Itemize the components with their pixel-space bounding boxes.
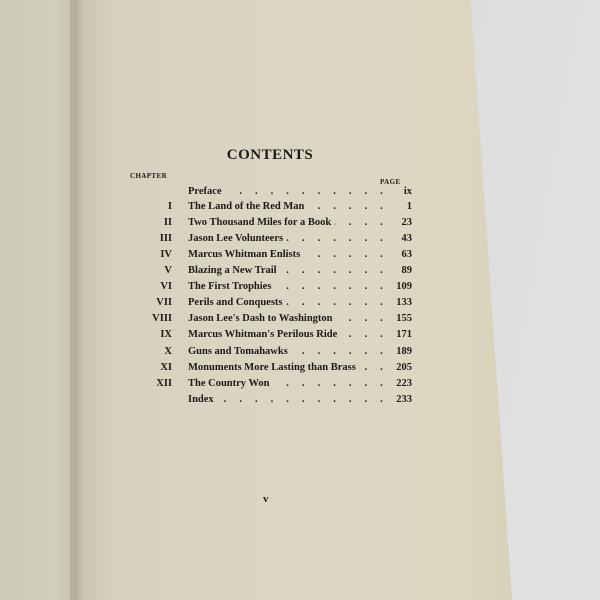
chapter-title: The Land of the Red Man	[188, 201, 308, 212]
page-number: 63	[402, 249, 413, 260]
page-number: 133	[396, 297, 412, 308]
toc-entry: I . . . . . . . . . . . . . . . . . . . …	[120, 201, 412, 215]
chapter-title: Perils and Conquests	[188, 297, 287, 308]
page-number: 89	[402, 265, 413, 276]
page-column-label: PAGE	[380, 178, 401, 186]
chapter-title: Monuments More Lasting than Brass	[188, 362, 360, 373]
chapter-title: Marcus Whitman Enlists	[188, 249, 304, 260]
chapter-numeral: IV	[160, 249, 172, 260]
page-number: 189	[396, 346, 412, 357]
chapter-title: Preface	[188, 186, 226, 197]
chapter-numeral: XI	[160, 362, 172, 373]
chapter-title: Jason Lee's Dash to Washington	[188, 313, 337, 324]
toc-entry: VI . . . . . . . . . . . . . . . . . . .…	[120, 281, 412, 295]
toc-entry: . . . . . . . . . . . . . . . . . . . . …	[120, 186, 412, 200]
page-number: 155	[396, 313, 412, 324]
chapter-title: The First Trophies	[188, 281, 275, 292]
page-number: 223	[396, 378, 412, 389]
toc-entry: VII . . . . . . . . . . . . . . . . . . …	[120, 297, 412, 311]
toc-entry: III . . . . . . . . . . . . . . . . . . …	[120, 233, 412, 247]
toc-entry: XI . . . . . . . . . . . . . . . . . . .…	[120, 362, 412, 376]
chapter-numeral: II	[164, 217, 172, 228]
toc-entry: X . . . . . . . . . . . . . . . . . . . …	[120, 346, 412, 360]
page-number: 171	[396, 329, 412, 340]
chapter-numeral: VIII	[152, 313, 172, 324]
toc-entry: II . . . . . . . . . . . . . . . . . . .…	[120, 217, 412, 231]
chapter-numeral: VI	[160, 281, 172, 292]
page-number: 205	[396, 362, 412, 373]
chapter-title: Blazing a New Trail	[188, 265, 281, 276]
chapter-numeral: X	[164, 346, 172, 357]
page-title: CONTENTS	[220, 147, 320, 164]
chapter-title: Guns and Tomahawks	[188, 346, 292, 357]
page-number: ix	[404, 186, 412, 197]
chapter-numeral: V	[164, 265, 172, 276]
toc-entry: . . . . . . . . . . . . . . . . . . . . …	[120, 394, 412, 408]
chapter-title: Index	[188, 394, 218, 405]
page-number: 109	[396, 281, 412, 292]
chapter-numeral: IX	[160, 329, 172, 340]
leader-dots: . . . . . . . . . . . . . . . . . . . . …	[188, 394, 388, 408]
toc-entry: IV . . . . . . . . . . . . . . . . . . .…	[120, 249, 412, 263]
chapter-title: Marcus Whitman's Perilous Ride	[188, 329, 341, 340]
folio-page-number: v	[263, 493, 269, 505]
chapter-column-label: CHAPTER	[130, 172, 167, 180]
page-number: 1	[407, 201, 412, 212]
toc-entry: IX . . . . . . . . . . . . . . . . . . .…	[120, 329, 412, 343]
page-number: 233	[396, 394, 412, 405]
toc-entry: XII . . . . . . . . . . . . . . . . . . …	[120, 378, 412, 392]
chapter-title: Jason Lee Volunteers	[188, 233, 287, 244]
chapter-numeral: III	[160, 233, 172, 244]
chapter-numeral: XII	[156, 378, 172, 389]
page-number: 43	[402, 233, 413, 244]
chapter-numeral: I	[168, 201, 172, 212]
chapter-numeral: VII	[156, 297, 172, 308]
chapter-title: Two Thousand Miles for a Book	[188, 217, 335, 228]
page-number: 23	[402, 217, 413, 228]
chapter-title: The Country Won	[188, 378, 274, 389]
contents-page: CONTENTS CHAPTER PAGE . . . . . . . . . …	[0, 0, 600, 600]
toc-entry: VIII . . . . . . . . . . . . . . . . . .…	[120, 313, 412, 327]
toc-entry: V . . . . . . . . . . . . . . . . . . . …	[120, 265, 412, 279]
